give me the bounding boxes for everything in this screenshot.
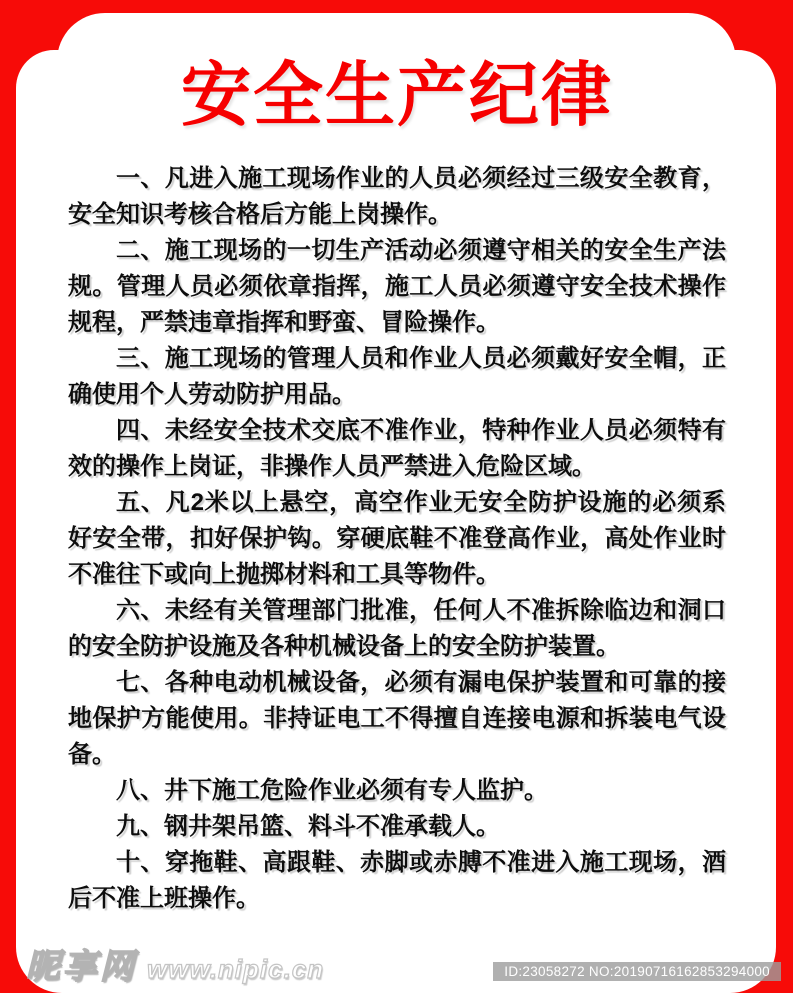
- rule-item-2: 二、施工现场的一切生产活动必须遵守相关的安全生产法规。管理人员必须依章指挥，施工…: [68, 233, 726, 341]
- rule-item-9: 九、钢井架吊篮、料斗不准承载人。: [68, 809, 726, 845]
- rule-item-3: 三、施工现场的管理人员和作业人员必须戴好安全帽，正确使用个人劳动防护用品。: [68, 341, 726, 413]
- rule-item-10: 十、穿拖鞋、高跟鞋、赤脚或赤膊不准进入施工现场，酒后不准上班操作。: [68, 845, 726, 917]
- rules-list: 一、凡进入施工现场作业的人员必须经过三级安全教育，安全知识考核合格后方能上岗操作…: [68, 161, 726, 917]
- rule-item-6: 六、未经有关管理部门批准，任何人不准拆除临边和洞口的安全防护设施及各种机械设备上…: [68, 593, 726, 665]
- rule-item-7: 七、各种电动机械设备，必须有漏电保护装置和可靠的接地保护方能使用。非持证电工不得…: [68, 665, 726, 773]
- rule-item-5: 五、凡2米以上悬空，高空作业无安全防护设施的必须系好安全带，扣好保护钩。穿硬底鞋…: [68, 485, 726, 593]
- poster-page: 安全生产纪律 一、凡进入施工现场作业的人员必须经过三级安全教育，安全知识考核合格…: [0, 0, 793, 993]
- watermark-site-url: www.nipic.cn: [147, 954, 324, 985]
- image-id-badge: ID:23058272 NO:20190716162853294000: [493, 962, 781, 981]
- site-watermark: 昵享网 www.nipic.cn: [26, 939, 324, 988]
- page-title: 安全生产纪律: [68, 55, 726, 135]
- poster-content: 安全生产纪律 一、凡进入施工现场作业的人员必须经过三级安全教育，安全知识考核合格…: [68, 55, 726, 917]
- rule-item-8: 八、井下施工危险作业必须有专人监护。: [68, 773, 726, 809]
- rule-item-4: 四、未经安全技术交底不准作业，特种作业人员必须特有效的操作上岗证，非操作人员严禁…: [68, 413, 726, 485]
- rule-item-1: 一、凡进入施工现场作业的人员必须经过三级安全教育，安全知识考核合格后方能上岗操作…: [68, 161, 726, 233]
- watermark-site-name: 昵享网: [26, 939, 137, 988]
